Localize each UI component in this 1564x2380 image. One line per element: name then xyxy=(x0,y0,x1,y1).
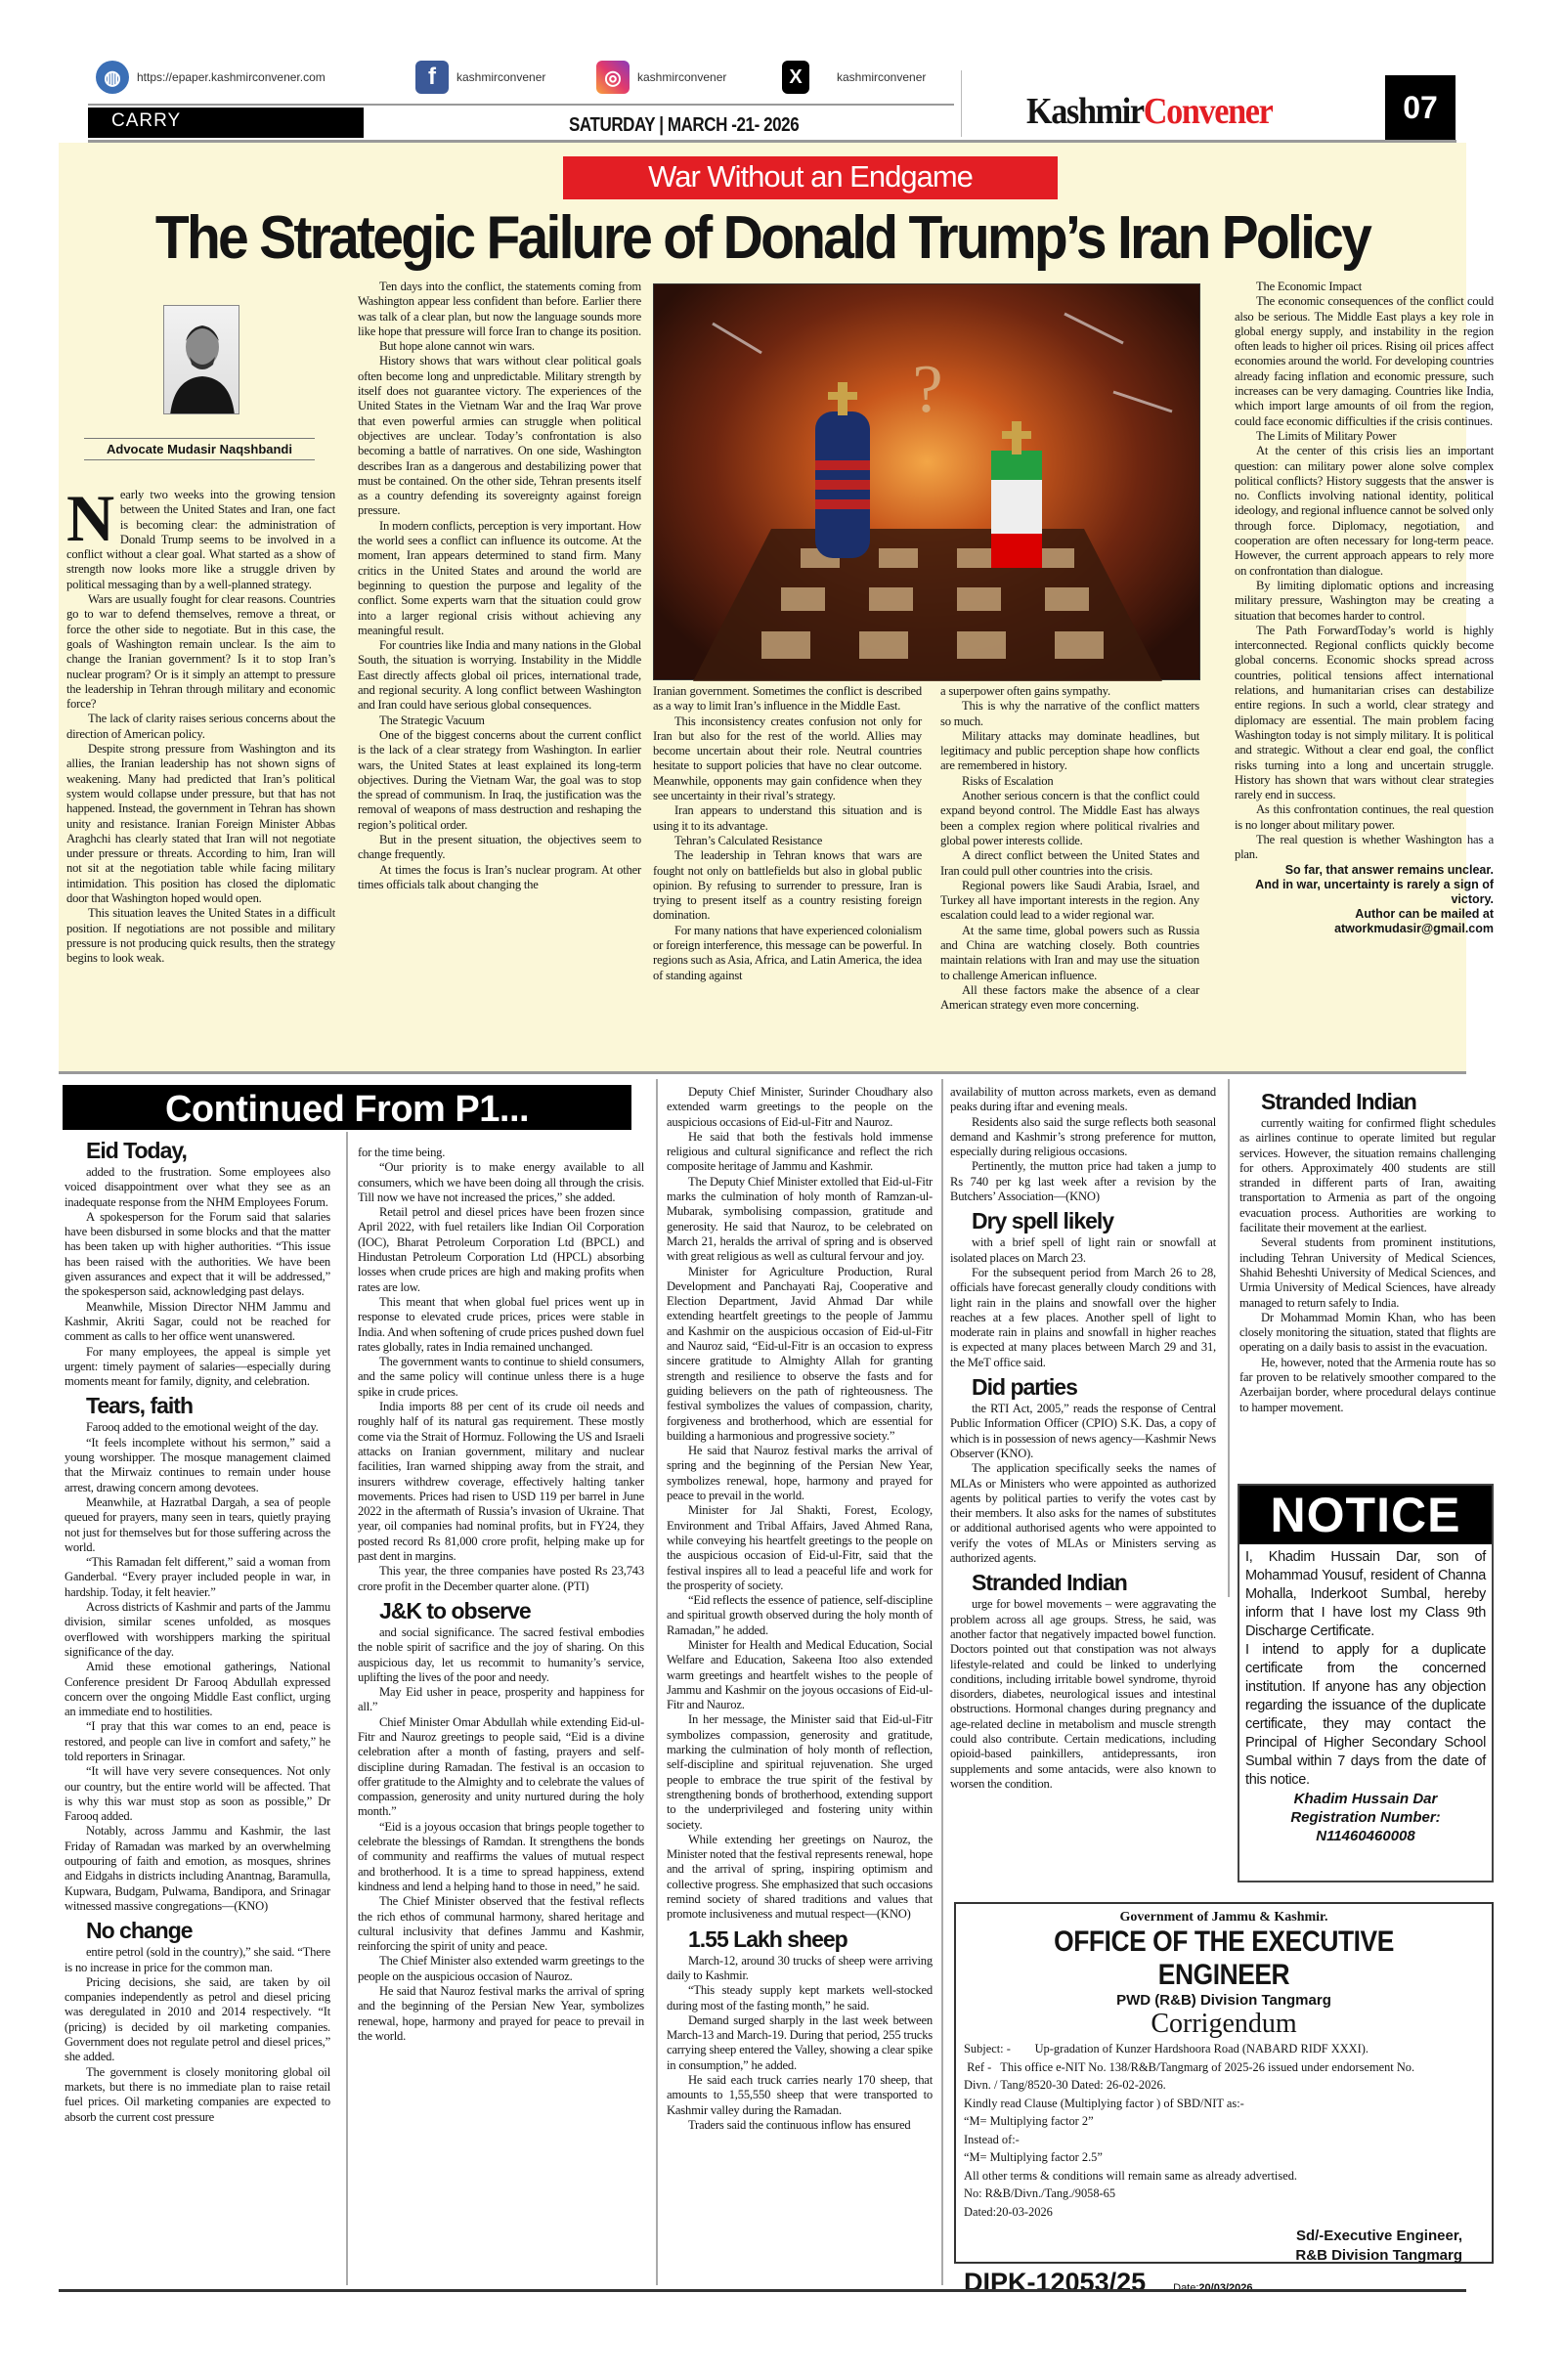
paragraph: The lack of clarity raises serious conce… xyxy=(66,712,335,742)
paragraph: Another serious concern is that the conf… xyxy=(940,789,1199,848)
story-heading: No change xyxy=(65,1918,330,1943)
column-rule xyxy=(346,1132,348,2285)
paragraph: He said each truck carries nearly 170 sh… xyxy=(667,2073,933,2118)
logo-convener: Convener xyxy=(1144,91,1273,132)
story-heading: Tears, faith xyxy=(65,1393,330,1418)
ad-line: Ref - This office e-NIT No. 138/R&B/Tang… xyxy=(956,2058,1492,2077)
us-king xyxy=(815,382,870,558)
feature-col-3: Iranian government. Sometimes the confli… xyxy=(653,684,922,983)
page-number: 07 xyxy=(1385,75,1455,142)
instagram-icon: ◎ xyxy=(596,61,630,94)
closing-line: And in war, uncertainty is rarely a sign… xyxy=(1235,878,1494,907)
dipk-number: DIPK-12053/25 xyxy=(964,2268,1146,2298)
ad-government: Government of Jammu & Kashmir. xyxy=(956,1910,1492,1926)
paragraph: He said that both the festivals hold imm… xyxy=(667,1130,933,1175)
paragraph: availability of mutton across markets, e… xyxy=(950,1085,1216,1115)
paragraph: For countries like India and many nation… xyxy=(358,638,641,713)
paragraph: Meanwhile, Mission Director NHM Jammu an… xyxy=(65,1300,330,1345)
paragraph: March-12, around 30 trucks of sheep were… xyxy=(667,1954,933,1984)
paragraph: Iranian government. Sometimes the confli… xyxy=(653,684,922,714)
ad-line: Instead of:- xyxy=(956,2131,1492,2149)
paragraph: Amid these emotional gatherings, Nationa… xyxy=(65,1660,330,1719)
paragraph: “Eid is a joyous occasion that brings pe… xyxy=(358,1820,644,1894)
paragraph: “It feels incomplete without his sermon,… xyxy=(65,1436,330,1495)
facebook-icon: f xyxy=(415,61,449,94)
paragraph: Demand surged sharply in the last week b… xyxy=(667,2013,933,2073)
facebook-handle: kashmirconvener xyxy=(456,70,545,84)
ad-line: No: R&B/Divn./Tang./9058-65 xyxy=(956,2185,1492,2203)
paragraph: In her message, the Minister said that E… xyxy=(667,1712,933,1832)
paragraph: the RTI Act, 2005,” reads the response o… xyxy=(950,1402,1216,1461)
closing-line: So far, that answer remains unclear. xyxy=(1235,863,1494,878)
story-heading: Did parties xyxy=(950,1374,1216,1400)
globe-icon: ◍ xyxy=(96,61,129,94)
ad-date-value: 20/03/2026 xyxy=(1198,2282,1252,2294)
subheading: The Strategic Vacuum xyxy=(358,714,641,728)
paragraph: This is why the narrative of the conflic… xyxy=(940,699,1199,729)
continued-col-a: Eid Today, added to the frustration. Som… xyxy=(65,1134,330,2125)
masthead-vertical-rule xyxy=(961,70,962,137)
section-label: CARRY xyxy=(88,108,364,138)
notice-paragraph: I, Khadim Hussain Dar, son of Mohammad Y… xyxy=(1245,1548,1486,1641)
paragraph: One of the biggest concerns about the cu… xyxy=(358,728,641,833)
corrigendum-advertisement: Government of Jammu & Kashmir. OFFICE OF… xyxy=(954,1902,1494,2264)
paragraph: At the same time, global powers such as … xyxy=(940,924,1199,983)
paragraph: The Path ForwardToday’s world is highly … xyxy=(1235,624,1494,803)
paragraph: The real question is whether Washington … xyxy=(1235,833,1494,863)
ad-signatory: Sd/-Executive Engineer, xyxy=(956,2227,1492,2246)
paragraph: But in the present situation, the object… xyxy=(358,833,641,863)
feature-col-5: The Economic Impact The economic consequ… xyxy=(1235,280,1494,936)
masthead-divider xyxy=(88,104,954,106)
paragraph: Traders said the continuous inflow has e… xyxy=(667,2118,933,2133)
paragraph: The government wants to continue to shie… xyxy=(358,1355,644,1400)
feature-illustration: ? xyxy=(653,283,1200,680)
notice-title: NOTICE xyxy=(1239,1486,1492,1544)
paragraph: currently waiting for confirmed flight s… xyxy=(1239,1116,1496,1235)
feature-col-4: a superpower often gains sympathy. This … xyxy=(940,684,1199,1014)
paragraph: Military attacks may dominate headlines,… xyxy=(940,729,1199,774)
paragraph: The application specifically seeks the n… xyxy=(950,1461,1216,1566)
paragraph: “It will have very severe consequences. … xyxy=(65,1764,330,1824)
paragraph: added to the frustration. Some employees… xyxy=(65,1165,330,1210)
subheading: Tehran’s Calculated Resistance xyxy=(653,834,922,848)
ad-line: “M= Multiplying factor 2.5” xyxy=(956,2148,1492,2167)
x-handle: kashmirconvener xyxy=(837,70,926,84)
paragraph: “This steady supply kept markets well-st… xyxy=(667,1983,933,2013)
ad-line: Dated:20-03-2026 xyxy=(956,2203,1492,2222)
paragraph: The government is closely monitoring glo… xyxy=(65,2065,330,2125)
instagram-handle: kashmirconvener xyxy=(637,70,726,84)
paragraph: “Eid reflects the essence of patience, s… xyxy=(667,1593,933,1638)
paragraph: Minister for Agriculture Production, Rur… xyxy=(667,1265,933,1445)
story-heading: J&K to observe xyxy=(358,1598,644,1623)
website-link[interactable]: ◍ https://epaper.kashmirconvener.com xyxy=(96,61,326,94)
paragraph: Across districts of Kashmir and parts of… xyxy=(65,1600,330,1660)
ad-doc-type: Corrigendum xyxy=(956,2009,1492,2040)
paragraph: Retail petrol and diesel prices have bee… xyxy=(358,1205,644,1295)
paragraph: The Deputy Chief Minister extolled that … xyxy=(667,1175,933,1265)
x-icon: X xyxy=(782,61,809,94)
paragraph: and social significance. The sacred fest… xyxy=(358,1625,644,1685)
notice-paragraph: I intend to apply for a duplicate certif… xyxy=(1245,1641,1486,1790)
ad-line: All other terms & conditions will remain… xyxy=(956,2167,1492,2185)
paragraph: By limiting diplomatic options and incre… xyxy=(1235,579,1494,624)
feature-bottom-rule xyxy=(59,1071,1466,1074)
subheading: Risks of Escalation xyxy=(940,774,1199,789)
story-heading: Stranded Indian xyxy=(1239,1089,1496,1114)
paragraph: Deputy Chief Minister, Surinder Choudhar… xyxy=(667,1085,933,1130)
paragraph: Iran appears to understand this situatio… xyxy=(653,803,922,834)
facebook-link[interactable]: f kashmirconvener xyxy=(415,61,545,94)
paragraph: The Chief Minister observed that the fes… xyxy=(358,1894,644,1954)
ad-office-title: OFFICE OF THE EXECUTIVE ENGINEER xyxy=(988,1926,1459,1992)
paragraph: A spokesperson for the Forum said that s… xyxy=(65,1210,330,1300)
paragraph: For many nations that have experienced c… xyxy=(653,924,922,983)
paragraph: “Our priority is to make energy availabl… xyxy=(358,1160,644,1205)
author-portrait-icon xyxy=(164,306,239,414)
paragraph: India imports 88 per cent of its crude o… xyxy=(358,1400,644,1564)
ad-line: Kindly read Clause (Multiplying factor )… xyxy=(956,2095,1492,2113)
paragraph: Wars are usually fought for clear reason… xyxy=(66,592,335,712)
ad-date: Date:20/03/2026 xyxy=(1173,2282,1252,2294)
paragraph: The economic consequences of the conflic… xyxy=(1235,294,1494,429)
paragraph: with a brief spell of light rain or snow… xyxy=(950,1235,1216,1266)
paragraph: A direct conflict between the United Sta… xyxy=(940,848,1199,879)
continued-col-c: Deputy Chief Minister, Surinder Choudhar… xyxy=(667,1085,933,2133)
svg-text:?: ? xyxy=(912,352,942,427)
paragraph: Dr Mohammad Momin Khan, who has been clo… xyxy=(1239,1311,1496,1356)
paragraph: All these factors make the absence of a … xyxy=(940,983,1199,1014)
continued-header: Continued From P1... xyxy=(63,1085,631,1130)
subheading: The Economic Impact xyxy=(1235,280,1494,294)
feature-kicker: War Without an Endgame xyxy=(563,156,1058,199)
paragraph: Farooq added to the emotional weight of … xyxy=(65,1420,330,1435)
ad-date-label: Date: xyxy=(1173,2282,1198,2294)
author-photo xyxy=(163,305,239,414)
ad-line: Divn. / Tang/8520-30 Dated: 26-02-2026. xyxy=(956,2076,1492,2095)
paragraph: For many employees, the appeal is simple… xyxy=(65,1345,330,1390)
paragraph: Pricing decisions, she said, are taken b… xyxy=(65,1975,330,2065)
registration-number: N11460460008 xyxy=(1245,1827,1486,1845)
page-bottom-rule xyxy=(59,2289,1466,2292)
drop-cap: N xyxy=(66,491,114,545)
paragraph: The Chief Minister also extended warm gr… xyxy=(358,1954,644,1984)
feature-headline: The Strategic Failure of Donald Trump’s … xyxy=(115,203,1411,274)
lost-certificate-notice: NOTICE I, Khadim Hussain Dar, son of Moh… xyxy=(1238,1484,1494,1882)
paragraph: At times the focus is Iran’s nuclear pro… xyxy=(358,863,641,893)
paragraph: This situation leaves the United States … xyxy=(66,906,335,966)
column-rule xyxy=(1228,1079,1230,1597)
feature-col-1: Advocate Mudasir Naqshbandi Nearly two w… xyxy=(66,283,335,967)
column-rule xyxy=(656,1079,658,2285)
paragraph: Regional powers like Saudi Arabia, Israe… xyxy=(940,879,1199,924)
paragraph: But hope alone cannot win wars. xyxy=(358,339,641,354)
feature-col-2: Ten days into the conflict, the statemen… xyxy=(358,280,641,892)
paragraph: Meanwhile, at Hazratbal Dargah, a sea of… xyxy=(65,1495,330,1555)
paragraph: Minister for Health and Medical Educatio… xyxy=(667,1638,933,1712)
x-link[interactable]: X kashmirconvener xyxy=(782,61,926,94)
paragraph: Despite strong pressure from Washington … xyxy=(66,742,335,906)
chess-war-illustration-icon: ? xyxy=(654,284,1201,681)
paragraph: Notably, across Jammu and Kashmir, the l… xyxy=(65,1824,330,1914)
paragraph: Residents also said the surge reflects b… xyxy=(950,1115,1216,1160)
paragraph: In modern conflicts, perception is very … xyxy=(358,519,641,638)
subheading: The Limits of Military Power xyxy=(1235,429,1494,444)
ad-signatory-division: R&B Division Tangmarg xyxy=(956,2246,1492,2266)
ad-line: “M= Multiplying factor 2” xyxy=(956,2112,1492,2131)
paragraph: urge for bowel movements – were aggravat… xyxy=(950,1597,1216,1792)
paragraph: As this confrontation continues, the rea… xyxy=(1235,802,1494,833)
paragraph: Pertinently, the mutton price had taken … xyxy=(950,1159,1216,1204)
paragraph: At the center of this crisis lies an imp… xyxy=(1235,444,1494,579)
paragraph: for the time being. xyxy=(358,1146,644,1160)
paragraph: He said that Nauroz festival marks the a… xyxy=(667,1444,933,1503)
story-heading: Dry spell likely xyxy=(950,1208,1216,1233)
paragraph: “This Ramadan felt different,” said a wo… xyxy=(65,1555,330,1600)
story-heading: Eid Today, xyxy=(65,1138,330,1163)
ad-division: PWD (R&B) Division Tangmarg xyxy=(956,1992,1492,2009)
paragraph: He said that Nauroz festival marks the a… xyxy=(358,1984,644,2044)
story-heading: Stranded Indian xyxy=(950,1570,1216,1595)
paragraph: a superpower often gains sympathy. xyxy=(940,684,1199,699)
paragraph: The leadership in Tehran knows that wars… xyxy=(653,848,922,923)
registration-label: Registration Number: xyxy=(1245,1808,1486,1827)
column-rule xyxy=(941,1079,943,2285)
edition-date: SATURDAY | MARCH -21- 2026 xyxy=(569,114,799,137)
newspaper-logo: KashmirConvener xyxy=(1026,90,1272,133)
paragraph: While extending her greetings on Nauroz,… xyxy=(667,1833,933,1923)
paragraph: Chief Minister Omar Abdullah while exten… xyxy=(358,1715,644,1820)
paragraph: For the subsequent period from March 26 … xyxy=(950,1266,1216,1370)
paragraph: entire petrol (sold in the country),” sh… xyxy=(65,1945,330,1975)
continued-col-e: Stranded Indian currently waiting for co… xyxy=(1239,1085,1496,1415)
paragraph: May Eid usher in peace, prosperity and h… xyxy=(358,1685,644,1715)
continued-col-b: for the time being. “Our priority is to … xyxy=(358,1146,644,2044)
paragraph: “I pray that this war comes to an end, p… xyxy=(65,1719,330,1764)
paragraph: This inconsistency creates confusion not… xyxy=(653,714,922,804)
notice-signatory: Khadim Hussain Dar xyxy=(1245,1790,1486,1808)
paragraph: This year, the three companies have post… xyxy=(358,1564,644,1594)
author-byline: Advocate Mudasir Naqshbandi xyxy=(84,438,315,460)
paragraph: This meant that when global fuel prices … xyxy=(358,1295,644,1355)
story-heading: 1.55 Lakh sheep xyxy=(667,1926,933,1952)
iran-king xyxy=(991,421,1042,568)
author-email-link[interactable]: atworkmudasir@gmail.com xyxy=(1235,922,1494,936)
website-url: https://epaper.kashmirconvener.com xyxy=(137,70,326,84)
paragraph: He, however, noted that the Armenia rout… xyxy=(1239,1356,1496,1415)
logo-kashmir: Kashmir xyxy=(1026,91,1144,132)
paragraph: Several students from prominent institut… xyxy=(1239,1235,1496,1310)
continued-col-d: availability of mutton across markets, e… xyxy=(950,1085,1216,1792)
author-contact-label: Author can be mailed at xyxy=(1235,907,1494,922)
ad-line: Subject: - Up-gradation of Kunzer Hardsh… xyxy=(956,2040,1492,2058)
instagram-link[interactable]: ◎ kashmirconvener xyxy=(596,61,726,94)
paragraph: Ten days into the conflict, the statemen… xyxy=(358,280,641,339)
paragraph: Minister for Jal Shakti, Forest, Ecology… xyxy=(667,1503,933,1593)
paragraph: History shows that wars without clear po… xyxy=(358,354,641,518)
